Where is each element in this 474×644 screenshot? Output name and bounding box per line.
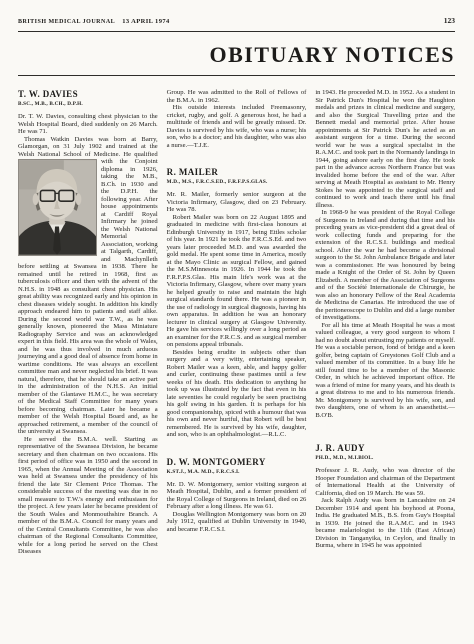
page-number: 123	[444, 16, 455, 25]
obituary-paragraph: Besides being erudite in subjects other …	[167, 349, 307, 439]
obituary-qualifications-davies: B.SC., M.B., B.CH., D.P.H.	[18, 101, 158, 107]
obituary-name-mailer: R. MAILER	[167, 167, 307, 177]
obituary-qualifications-montgomery: K.ST.J., M.A. M.D., F.R.C.S.I.	[167, 469, 307, 475]
journal-name: BRITISH MEDICAL JOURNAL	[18, 19, 115, 25]
header-rule-top	[18, 31, 455, 32]
obituary-paragraph: Douglas Wellington Montgomery was born o…	[167, 511, 307, 534]
obituary-paragraph: in 1943. He proceeded M.D. in 1952. As a…	[315, 89, 455, 209]
obituary-mailer: R. MAILER M.D., M.S., F.R.C.S.ED., F.R.F…	[167, 167, 307, 439]
obituary-paragraph: Robert Mailer was born on 22 August 1895…	[167, 214, 307, 349]
obituary-montgomery: D. W. MONTGOMERY K.ST.J., M.A. M.D., F.R…	[167, 457, 307, 534]
journal-page: BRITISH MEDICAL JOURNAL 13 APRIL 1974 12…	[0, 0, 474, 644]
column-2: Group. He was admitted to the Roll of Fe…	[167, 89, 307, 556]
column-layout: T. W. DAVIES B.SC., M.B., B.CH., D.P.H. …	[18, 89, 455, 556]
obituary-paragraph: Mr. D. W. Montgomery, senior visiting su…	[167, 481, 307, 511]
column-1: T. W. DAVIES B.SC., M.B., B.CH., D.P.H. …	[18, 89, 158, 556]
column-3: in 1943. He proceeded M.D. in 1952. As a…	[315, 89, 455, 556]
obituary-paragraph: Jack Ralph Audy was born in Lancashire o…	[315, 497, 455, 550]
issue-date: 13 APRIL 1974	[122, 18, 169, 25]
obituary-qualifications-mailer: M.D., M.S., F.R.C.S.ED., F.R.F.P.S.GLAS.	[167, 179, 307, 185]
obituary-paragraph: Group. He was admitted to the Roll of Fe…	[167, 89, 307, 104]
obituary-paragraph: He served the B.M.A. well. Starting as r…	[18, 436, 158, 556]
obituary-paragraph: His outside interests included Freemason…	[167, 104, 307, 149]
portrait-photo-graphic	[19, 160, 96, 255]
obituary-davies-continued: Group. He was admitted to the Roll of Fe…	[167, 89, 307, 149]
obituary-name-montgomery: D. W. MONTGOMERY	[167, 457, 307, 467]
obituary-name-davies: T. W. DAVIES	[18, 89, 158, 99]
obituary-qualifications-audy: PH.D., M.D., M.I.BIOL.	[315, 455, 455, 461]
obituary-paragraph: In 1968-9 he was president of the Royal …	[315, 209, 455, 322]
portrait-photo	[18, 159, 97, 256]
obituary-paragraph: Professor J. R. Audy, who was director o…	[315, 467, 455, 497]
masthead: BRITISH MEDICAL JOURNAL 13 APRIL 1974 12…	[18, 16, 455, 25]
obituary-montgomery-continued: in 1943. He proceeded M.D. in 1952. As a…	[315, 89, 455, 419]
page-title: OBITUARY NOTICES	[18, 41, 455, 68]
obituary-paragraph: Dr. T. W. Davies, consulting chest physi…	[18, 113, 158, 136]
obituary-paragraph: Mr. R. Mailer, formerly senior surgeon a…	[167, 191, 307, 214]
obituary-paragraph: Thomas Watkin Davies was born at Barry, …	[18, 136, 158, 436]
obituary-davies: T. W. DAVIES B.SC., M.B., B.CH., D.P.H. …	[18, 89, 158, 556]
obituary-audy: J. R. AUDY PH.D., M.D., M.I.BIOL. Profes…	[315, 443, 455, 550]
obituary-paragraph: For all his time at Meath Hospital he wa…	[315, 322, 455, 420]
obituary-name-audy: J. R. AUDY	[315, 443, 455, 453]
header-rule-bottom	[18, 75, 455, 76]
masthead-left: BRITISH MEDICAL JOURNAL 13 APRIL 1974	[18, 18, 170, 25]
